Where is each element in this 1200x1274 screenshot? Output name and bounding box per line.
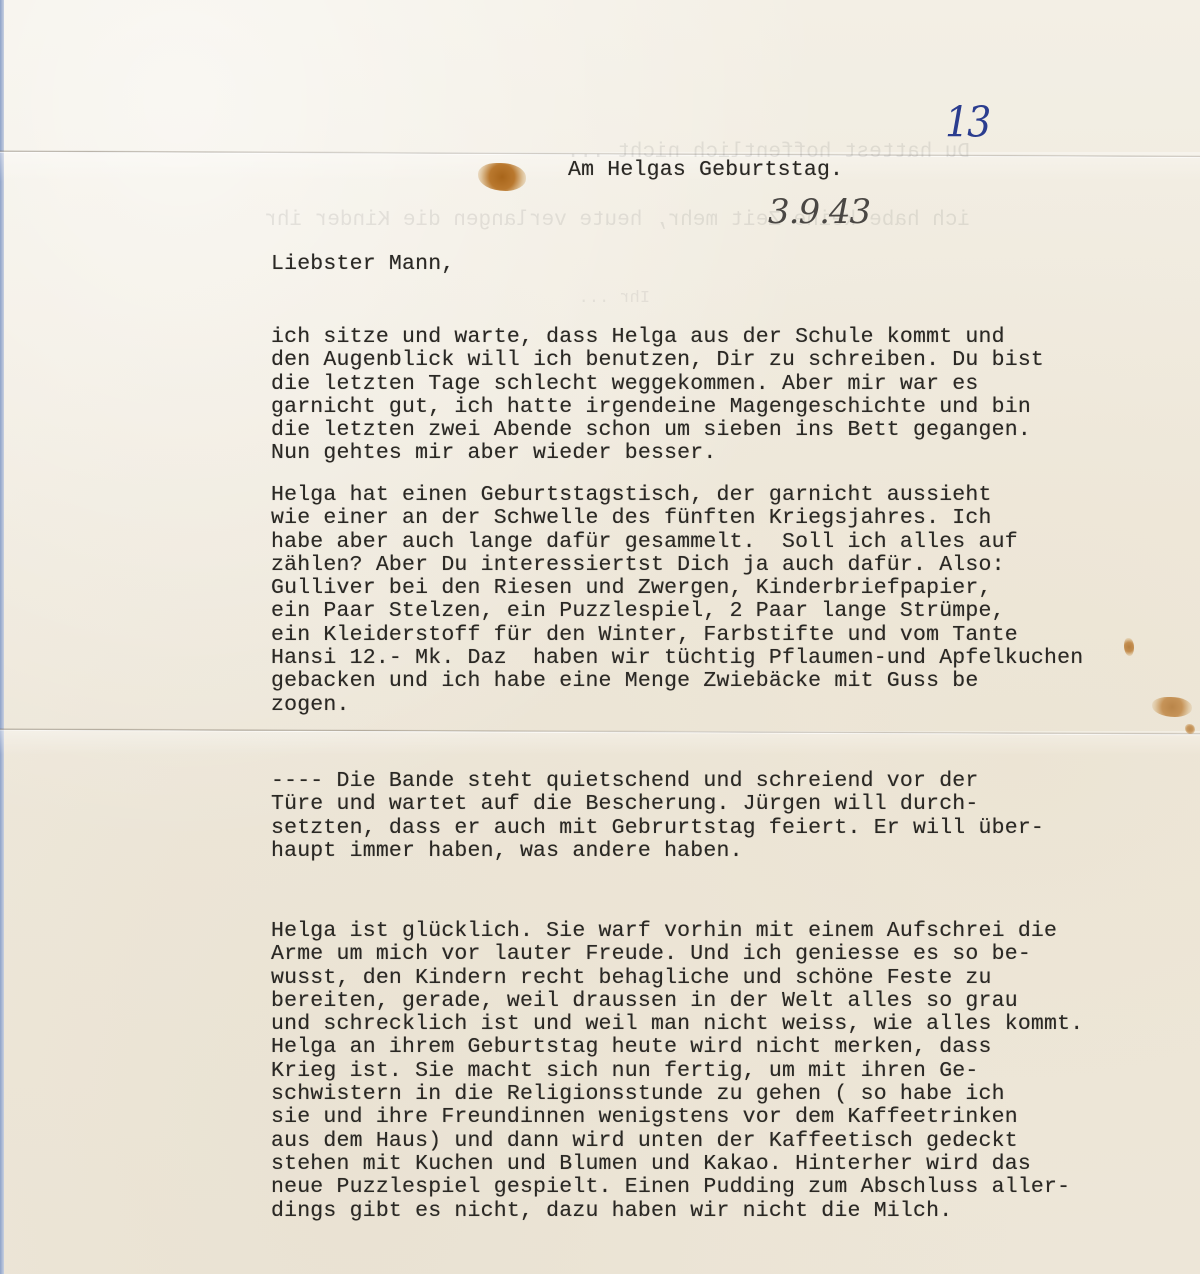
letter-line: Helga ist glücklich. Sie warf vorhin mit… [271,920,1083,943]
letter-line: den Augenblick will ich benutzen, Dir zu… [271,349,1044,372]
rust-stain [478,163,526,191]
letter-paragraph: Helga hat einen Geburtstagstisch, der ga… [271,484,1083,717]
bleed-through-text: Ihr ... [470,286,650,312]
letter-paragraph: ---- Die Bande steht quietschend und sch… [271,770,1044,863]
letter-line: Helga hat einen Geburtstagstisch, der ga… [271,484,1083,507]
letter-line: ich sitze und warte, dass Helga aus der … [271,326,1044,349]
letter-line: und schrecklich ist und weil man nicht w… [271,1013,1083,1036]
letter-line: wusst, den Kindern recht behagliche und … [271,967,1083,990]
letter-heading: Am Helgas Geburtstag. [568,158,843,182]
letter-page: Du hattest hoffentlich nicht ... ich hab… [0,0,1200,1274]
letter-line: ein Paar Stelzen, ein Puzzlespiel, 2 Paa… [271,600,1083,623]
rust-stain [1185,724,1195,734]
letter-line: sie und ihre Freundinnen wenigstens vor … [271,1106,1083,1129]
letter-line: stehen mit Kuchen und Blumen und Kakao. … [271,1153,1083,1176]
letter-line: haupt immer haben, was andere haben. [271,840,1044,863]
rust-stain [1124,638,1134,656]
letter-line: Gulliver bei den Riesen und Zwergen, Kin… [271,577,1083,600]
letter-line: Arme um mich vor lauter Freude. Und ich … [271,943,1083,966]
letter-line: dings gibt es nicht, dazu haben wir nich… [271,1200,1083,1223]
letter-line: habe aber auch lange dafür gesammelt. So… [271,531,1083,554]
letter-paragraph: ich sitze und warte, dass Helga aus der … [271,326,1044,466]
letter-line: Krieg ist. Sie macht sich nun fertig, um… [271,1060,1083,1083]
handwritten-date: 3.9.43 [768,192,870,232]
letter-line: Türe und wartet auf die Bescherung. Jürg… [271,793,1044,816]
letter-line: garnicht gut, ich hatte irgendeine Magen… [271,396,1044,419]
letter-line: ein Kleiderstoff für den Winter, Farbsti… [271,624,1083,647]
letter-line: Hansi 12.- Mk. Daz haben wir tüchtig Pfl… [271,647,1083,670]
scanner-edge [0,0,4,1274]
letter-line: zählen? Aber Du interessiertst Dich ja a… [271,554,1083,577]
letter-line: gebacken und ich habe eine Menge Zwiebäc… [271,670,1083,693]
letter-line: neue Puzzlespiel gespielt. Einen Pudding… [271,1176,1083,1199]
letter-line: wie einer an der Schwelle des fünften Kr… [271,507,1083,530]
letter-line: die letzten zwei Abende schon um sieben … [271,419,1044,442]
letter-line: ---- Die Bande steht quietschend und sch… [271,770,1044,793]
letter-line: schwistern in die Religionsstunde zu geh… [271,1083,1083,1106]
rust-stain [1152,697,1192,717]
letter-line: bereiten, gerade, weil draussen in der W… [271,990,1083,1013]
letter-line: setzten, dass er auch mit Gebrurtstag fe… [271,817,1044,840]
handwritten-page-number: 13 [945,98,989,146]
letter-line: die letzten Tage schlecht weggekommen. A… [271,373,1044,396]
fold-shading [0,731,1200,755]
letter-line: aus dem Haus) und dann wird unten der Ka… [271,1130,1083,1153]
letter-line: zogen. [271,694,1083,717]
letter-line: Helga an ihrem Geburtstag heute wird nic… [271,1036,1083,1059]
letter-line: Nun gehtes mir aber wieder besser. [271,442,1044,465]
letter-paragraph: Helga ist glücklich. Sie warf vorhin mit… [271,920,1083,1223]
letter-salutation: Liebster Mann, [271,252,454,276]
